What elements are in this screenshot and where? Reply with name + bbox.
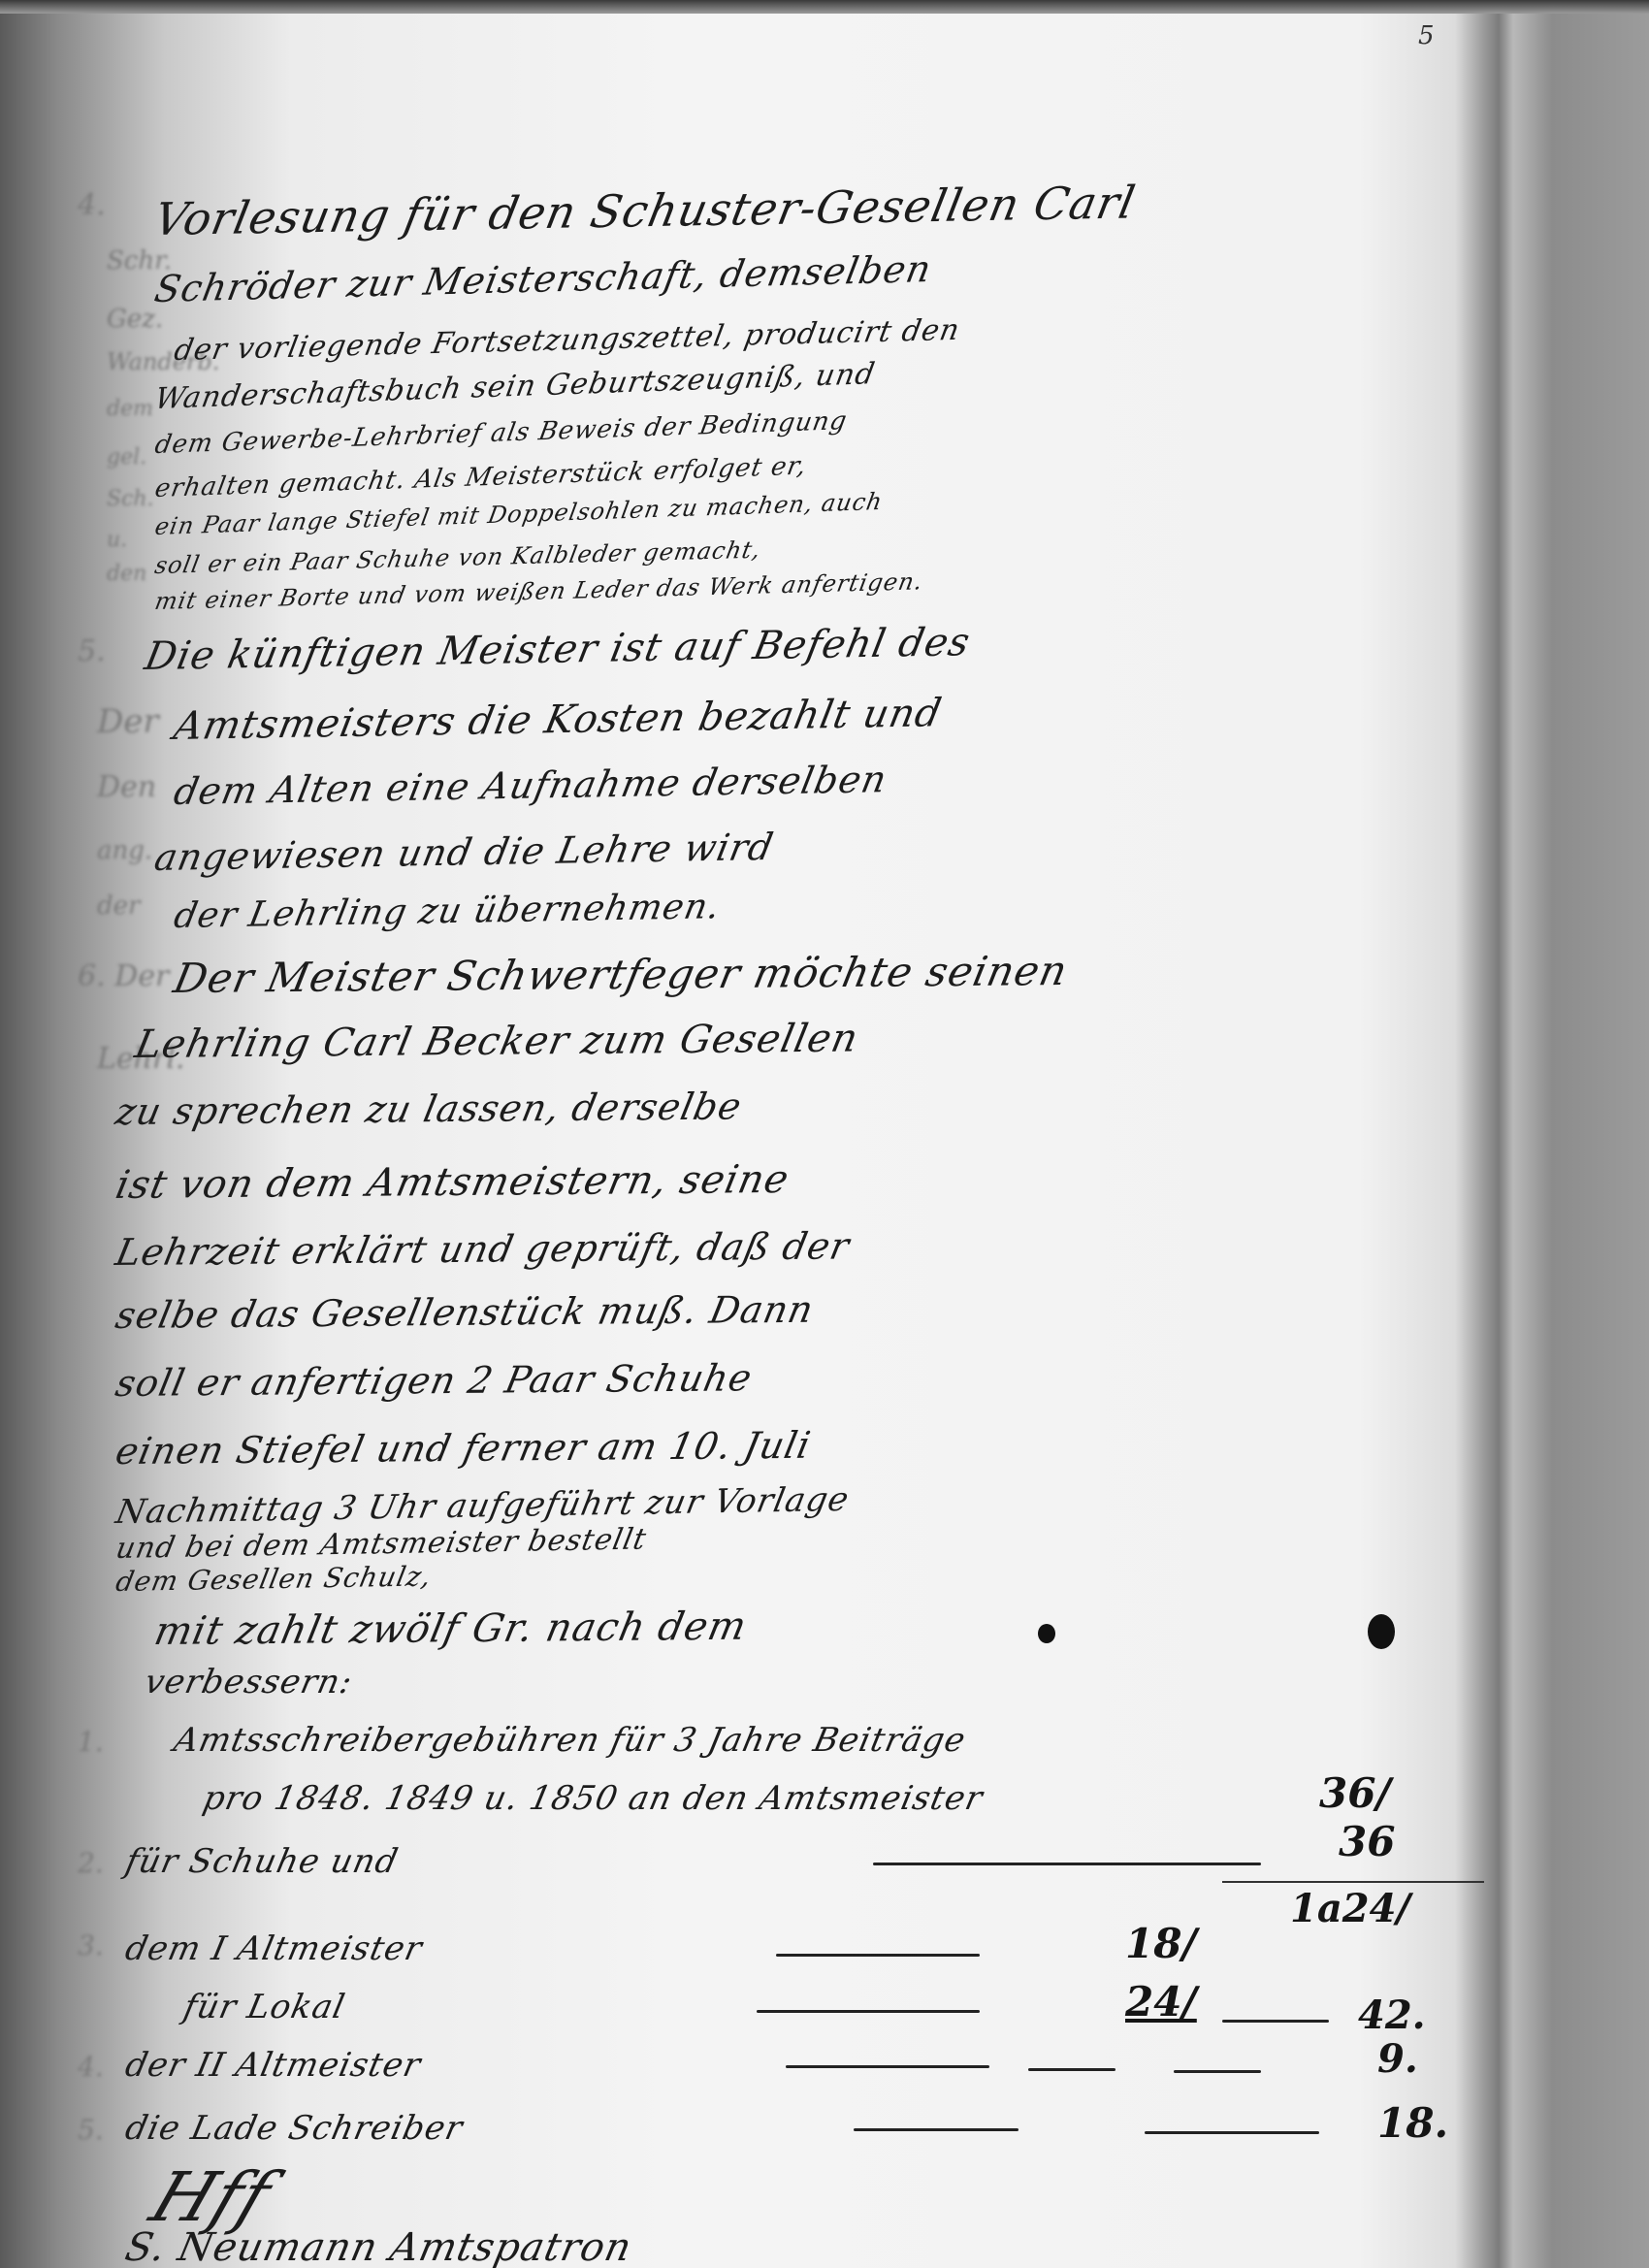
item-number: 2. [78, 1847, 104, 1879]
item-number: 4. [78, 2051, 104, 2083]
item-number: 5. [78, 2114, 104, 2146]
item-number: 1. [78, 1726, 104, 1758]
item-number: 3. [78, 1929, 104, 1961]
margin-label: 5. [78, 634, 106, 668]
margin-label: 4. [78, 188, 106, 222]
handwritten-page-lower [116, 0, 1489, 2254]
